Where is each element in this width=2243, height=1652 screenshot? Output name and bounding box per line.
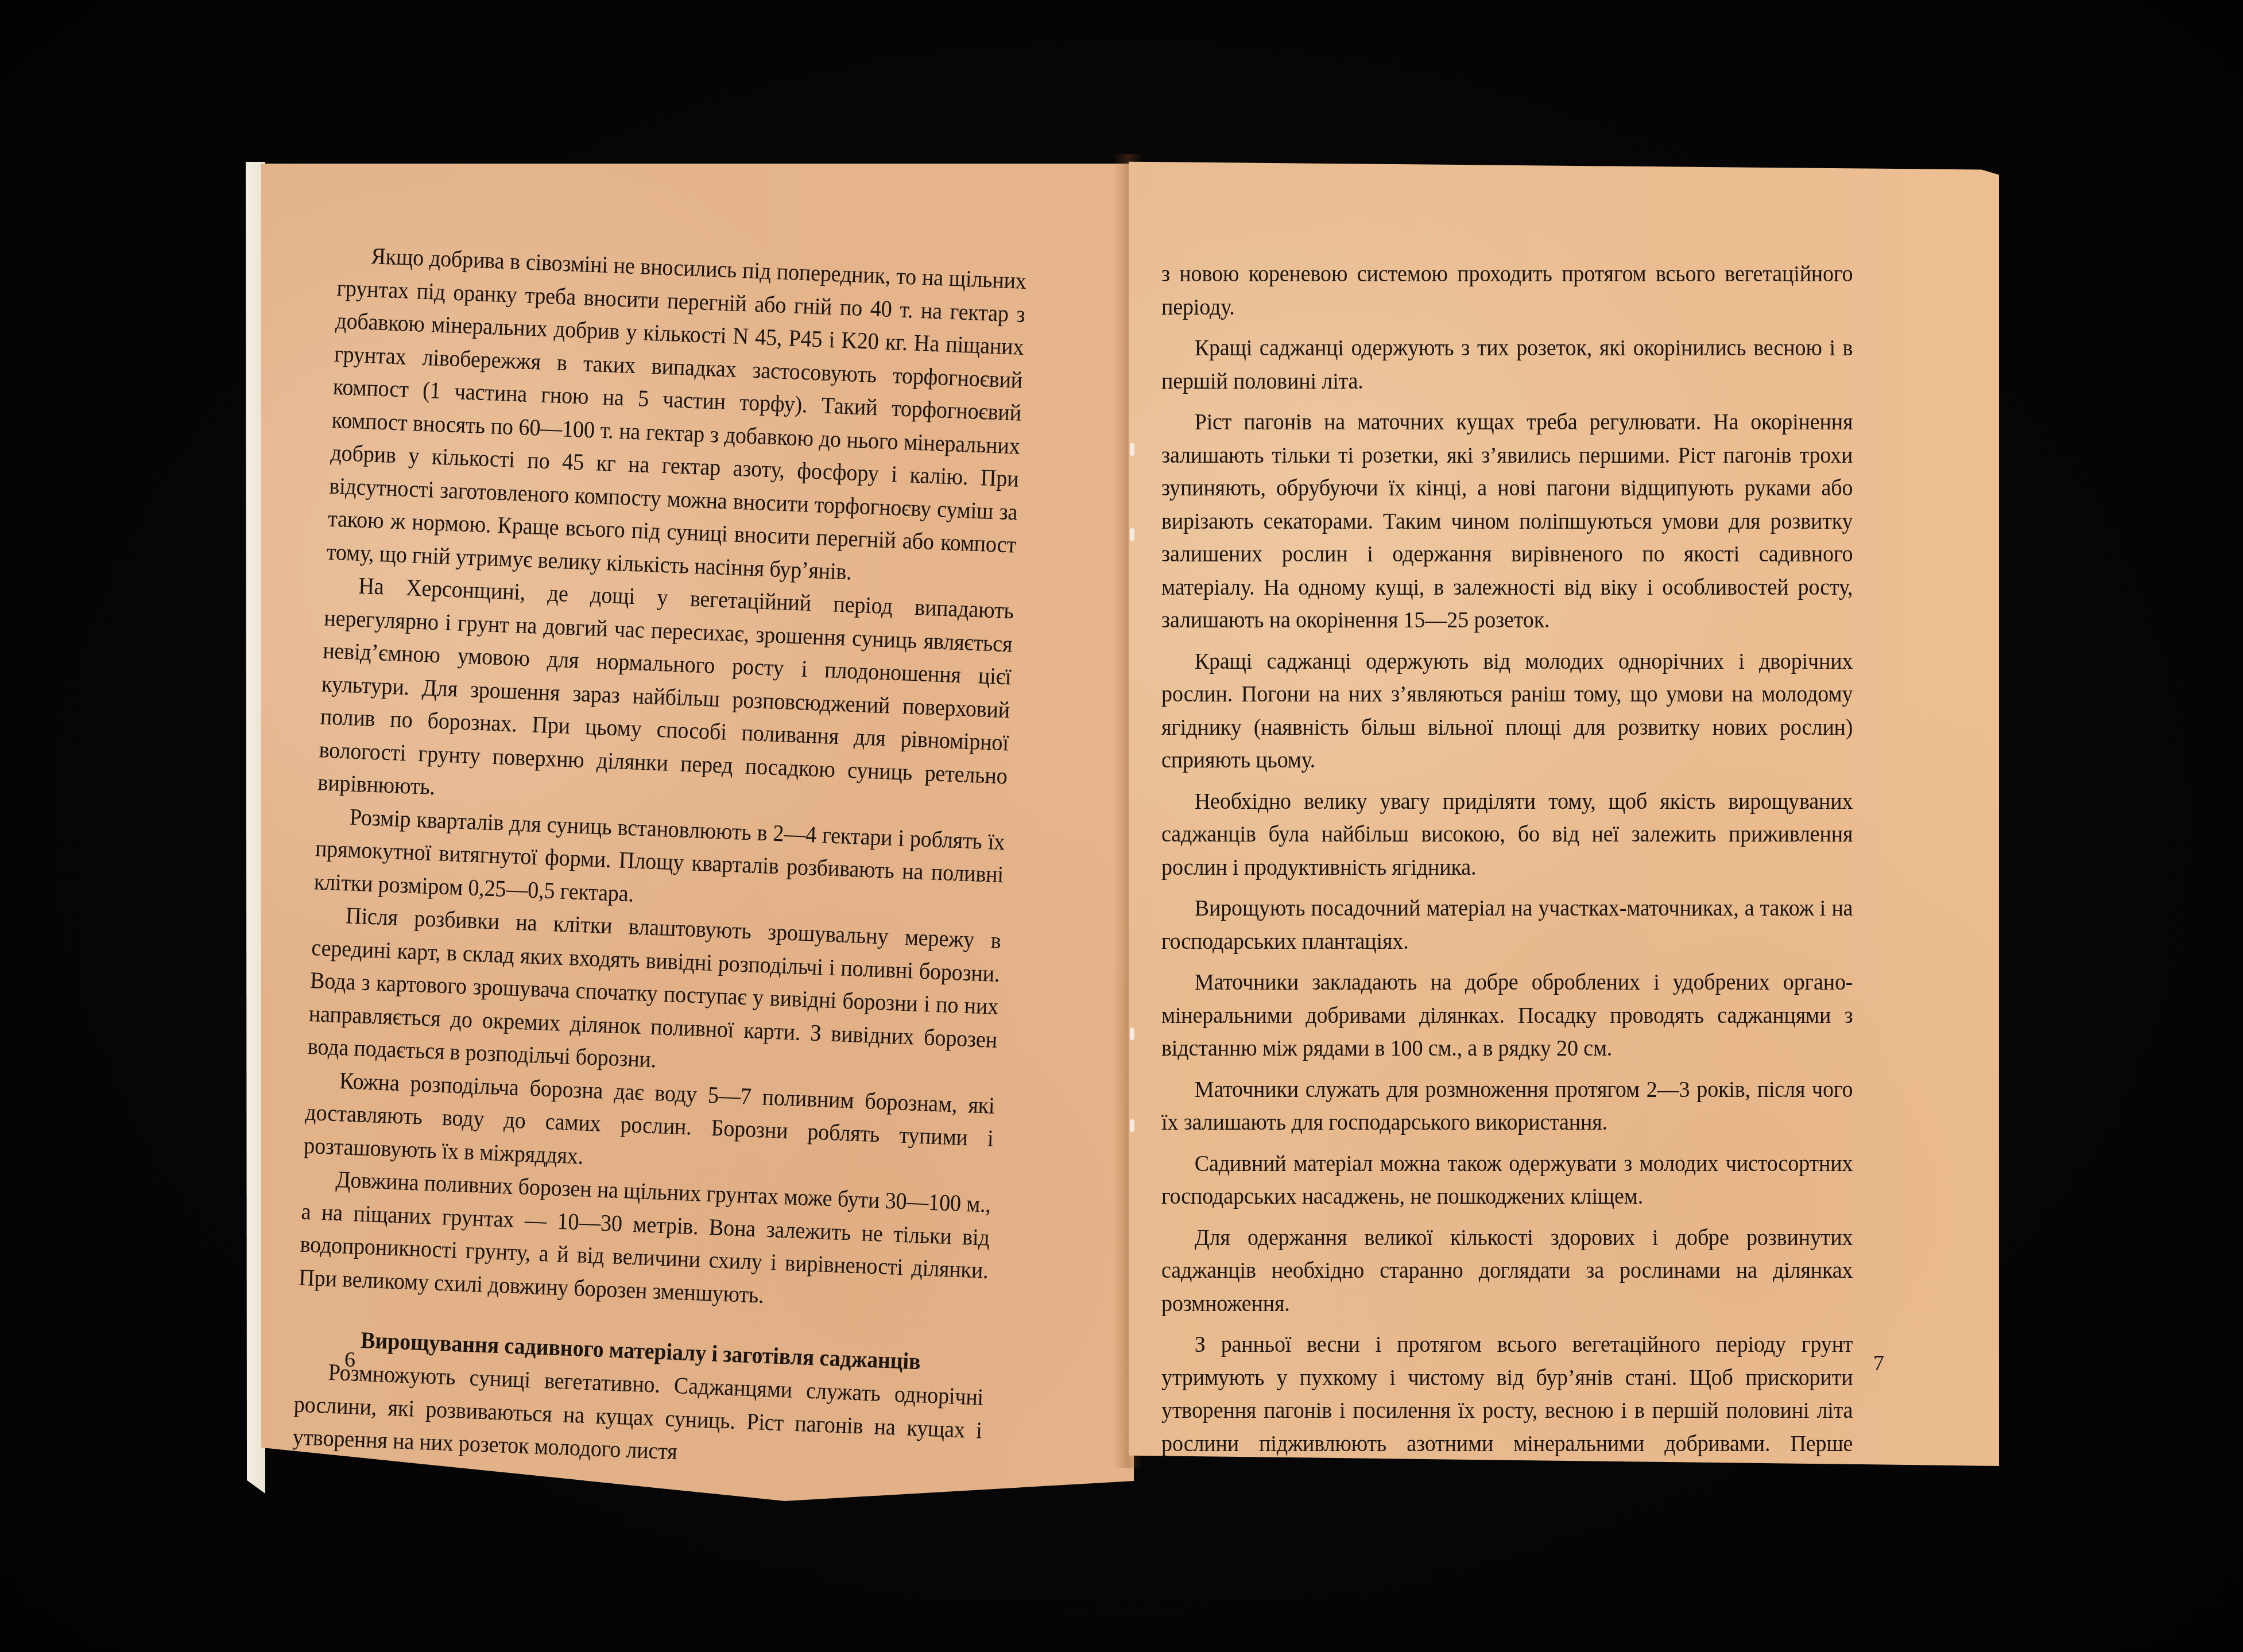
paragraph: Вирощують посадочний матеріал на участка… [1161,891,1853,957]
paragraph: з новою кореневою системою проходить про… [1161,257,1853,323]
paragraph: Маточники закладають на добре оброблених… [1161,965,1853,1065]
paragraph: Для одержання великої кількості здорових… [1161,1221,1853,1320]
paragraph: Кращі саджанці одержують з тих розеток, … [1161,331,1853,397]
right-page-text: з новою кореневою системою проходить про… [1161,257,1853,1608]
paragraph: Довжина поливних борозен на щільних грун… [298,1162,991,1320]
paragraph: Маточники служать для розмноження протяг… [1161,1073,1853,1139]
staple-hole [1130,443,1134,456]
paragraph: Якщо добрива в сівозміні не вносились пі… [326,238,1027,595]
paragraph: Ріст пагонів на маточних кущах треба рег… [1161,405,1853,637]
paragraph: Садивний матеріал можна також одержувати… [1161,1147,1853,1213]
paragraph: Кращі саджанці одержують від молодих одн… [1161,645,1853,777]
staple-hole [1130,528,1134,541]
paragraph: На Херсонщині, де дощі у вегетаційний пе… [317,568,1014,825]
left-page-text: Якщо добрива в сівозміні не вносились пі… [292,238,1027,1480]
left-page: Якщо добрива в сівозміні не вносились пі… [261,164,1134,1501]
staple-hole [1130,1027,1134,1040]
paragraph: Після розбивки на клітки влаштовують зро… [307,898,1002,1089]
page-number: 7 [1873,1351,1884,1376]
staple-hole [1130,1119,1134,1132]
paragraph: Необхідно велику увагу приділяти тому, щ… [1161,785,1853,884]
right-page: з новою кореневою системою проходить про… [1129,154,1999,1466]
page-number: 6 [344,1347,355,1372]
